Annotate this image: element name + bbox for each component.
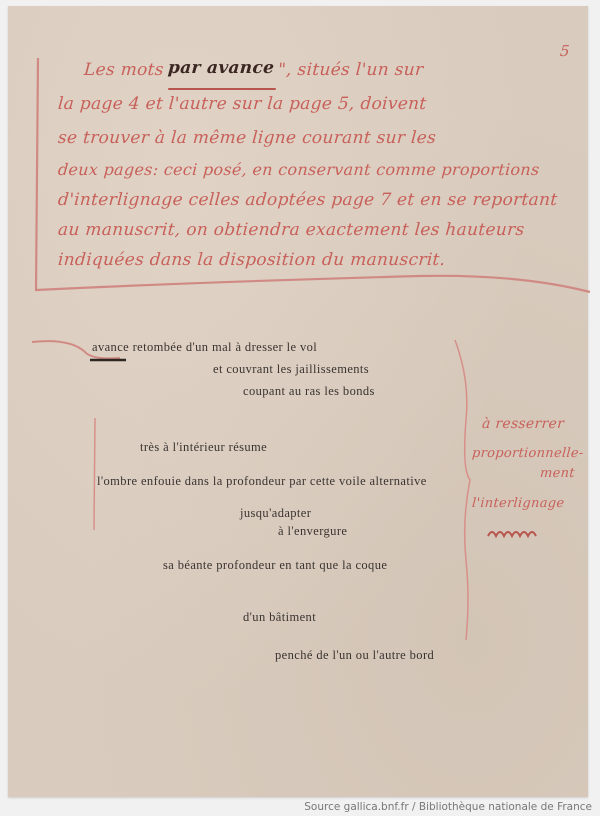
typeset-line-6: jusqu'adapter <box>240 506 311 521</box>
margin-note-line-2: proportionnelle- <box>471 446 584 461</box>
note-line-1-underlined: par avance <box>167 58 275 78</box>
note-line-6: au manuscrit, on obtiendra exactement le… <box>57 220 525 240</box>
typeset-line-4: très à l'intérieur résume <box>140 440 267 455</box>
typeset-line-5: l'ombre enfouie dans la profondeur par c… <box>97 474 427 489</box>
red-pencil-markings <box>0 0 600 816</box>
scribble-icon <box>488 532 536 536</box>
source-credit: Source gallica.bnf.fr / Bibliothèque nat… <box>304 801 592 813</box>
note-line-1b: ", situés l'un sur <box>277 60 424 80</box>
typeset-line-2: et couvrant les jaillissements <box>213 362 369 377</box>
page-number: 5 <box>559 42 570 60</box>
typeset-line-1: avance retombée d'un mal à dresser le vo… <box>92 340 317 355</box>
note-line-7: indiquées dans la disposition du manuscr… <box>57 250 446 270</box>
margin-note-line-4: l'interlignage <box>471 496 564 511</box>
typeset-line-10: penché de l'un ou l'autre bord <box>275 648 434 663</box>
note-line-4: deux pages: ceci posé, en conservant com… <box>57 160 540 179</box>
note-line-5: d'interlignage celles adoptées page 7 et… <box>57 190 558 210</box>
note-line-3: se trouver à la même ligne courant sur l… <box>57 128 437 148</box>
typeset-line-7: à l'envergure <box>278 524 347 539</box>
typeset-line-8: sa béante profondeur en tant que la coqu… <box>163 558 387 573</box>
typeset-line-9: d'un bâtiment <box>243 610 316 625</box>
underline <box>168 88 276 90</box>
note-line-2: la page 4 et l'autre sur la page 5, doiv… <box>57 94 427 114</box>
typeset-line-3: coupant au ras les bonds <box>243 384 375 399</box>
margin-note-line-1: à resserrer <box>481 416 564 432</box>
note-line-1a: Les mots <box>83 60 164 80</box>
margin-note-line-3: ment <box>539 466 575 481</box>
